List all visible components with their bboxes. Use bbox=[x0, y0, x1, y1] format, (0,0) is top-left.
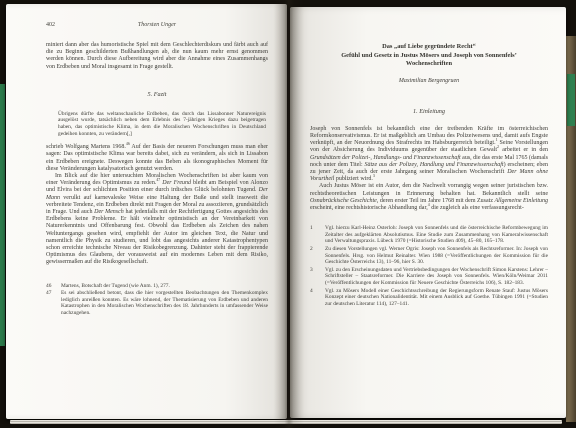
section-heading: 1. Einleitung bbox=[310, 108, 548, 115]
footnote: 4 Vgl. zu Mösers Modell einer Geschichts… bbox=[310, 288, 548, 308]
footnote: 2 Zu diesen Vorstellungen vgl. Werner Og… bbox=[310, 246, 548, 266]
chapter-title-line: Wochenschriften bbox=[310, 60, 548, 69]
footnote-text: Vgl. zu Mösers Modell einer Geschichtssc… bbox=[325, 288, 548, 307]
author-name: Maximilian Bergengruen bbox=[310, 78, 548, 84]
footnote-number: 4 bbox=[310, 288, 313, 295]
footnote-number: 3 bbox=[310, 267, 313, 274]
cover-edge-left bbox=[0, 84, 5, 346]
body-paragraph: schrieb Wolfgang Martens 1968.46 Auf der… bbox=[46, 144, 268, 173]
footnote-number: 2 bbox=[310, 246, 313, 253]
footnote-text: Martens, Botschaft der Tugend (wie Anm. … bbox=[61, 283, 170, 289]
left-page: 402 Thorsten Unger miniert dann aber das… bbox=[6, 4, 287, 419]
page-number: 402 bbox=[46, 22, 88, 29]
cover-corner-right bbox=[567, 74, 575, 126]
body-paragraph: Im Blick auf die hier untersuchten Moral… bbox=[46, 173, 268, 267]
footnotes-right: 1 Vgl. hierzu Karl-Heinz Osterloh: Josep… bbox=[310, 225, 548, 307]
footnotes-left: 46 Martens, Botschaft der Tugend (wie An… bbox=[46, 283, 268, 317]
footnote: 46 Martens, Botschaft der Tugend (wie An… bbox=[46, 283, 268, 290]
running-header: Thorsten Unger bbox=[88, 22, 226, 29]
footnote-number: 46 bbox=[46, 283, 51, 290]
chapter-title: Das „auf Liebe gegründete Recht“ Gefühl … bbox=[310, 43, 548, 69]
chapter-title-line: Das „auf Liebe gegründete Recht“ bbox=[310, 43, 548, 52]
footnote-text: Vgl. hierzu Karl-Heinz Osterloh: Joseph … bbox=[325, 225, 548, 244]
body-paragraph: Auch Justus Möser ist ein Autor, den die… bbox=[310, 183, 548, 212]
footnote-number: 1 bbox=[310, 225, 313, 232]
footnote: 47 Es sei abschließend betont, dass die … bbox=[46, 290, 268, 316]
footnote-text: Zu diesen Vorstellungen vgl. Werner Ogri… bbox=[325, 246, 548, 265]
section-heading: 5. Fazit bbox=[46, 91, 268, 98]
chapter-title-line: Gefühl und Gesetz in Justus Mösers und J… bbox=[310, 52, 548, 61]
left-page-header: 402 Thorsten Unger bbox=[46, 22, 268, 29]
footnote: 1 Vgl. hierzu Karl-Heinz Osterloh: Josep… bbox=[310, 225, 548, 245]
footnote-text: Vgl. zu den Erscheinungsdaten und Vertri… bbox=[325, 267, 548, 286]
body-paragraph: miniert dann aber das humoristische Spie… bbox=[46, 42, 268, 71]
page-stack-edge bbox=[10, 420, 562, 424]
footnote: 3 Vgl. zu den Erscheinungsdaten und Vert… bbox=[310, 267, 548, 287]
footnote-text: Es sei abschließend betont, dass die hie… bbox=[61, 290, 268, 316]
footnote-number: 47 bbox=[46, 290, 51, 297]
right-page: Das „auf Liebe gegründete Recht“ Gefühl … bbox=[290, 7, 566, 418]
body-paragraph: Joseph von Sonnenfels ist bekanntlich ei… bbox=[310, 126, 548, 184]
block-quote: Übrigens dürfte das weltanschauliche Erd… bbox=[58, 111, 266, 137]
book-photo: 402 Thorsten Unger miniert dann aber das… bbox=[0, 0, 576, 428]
